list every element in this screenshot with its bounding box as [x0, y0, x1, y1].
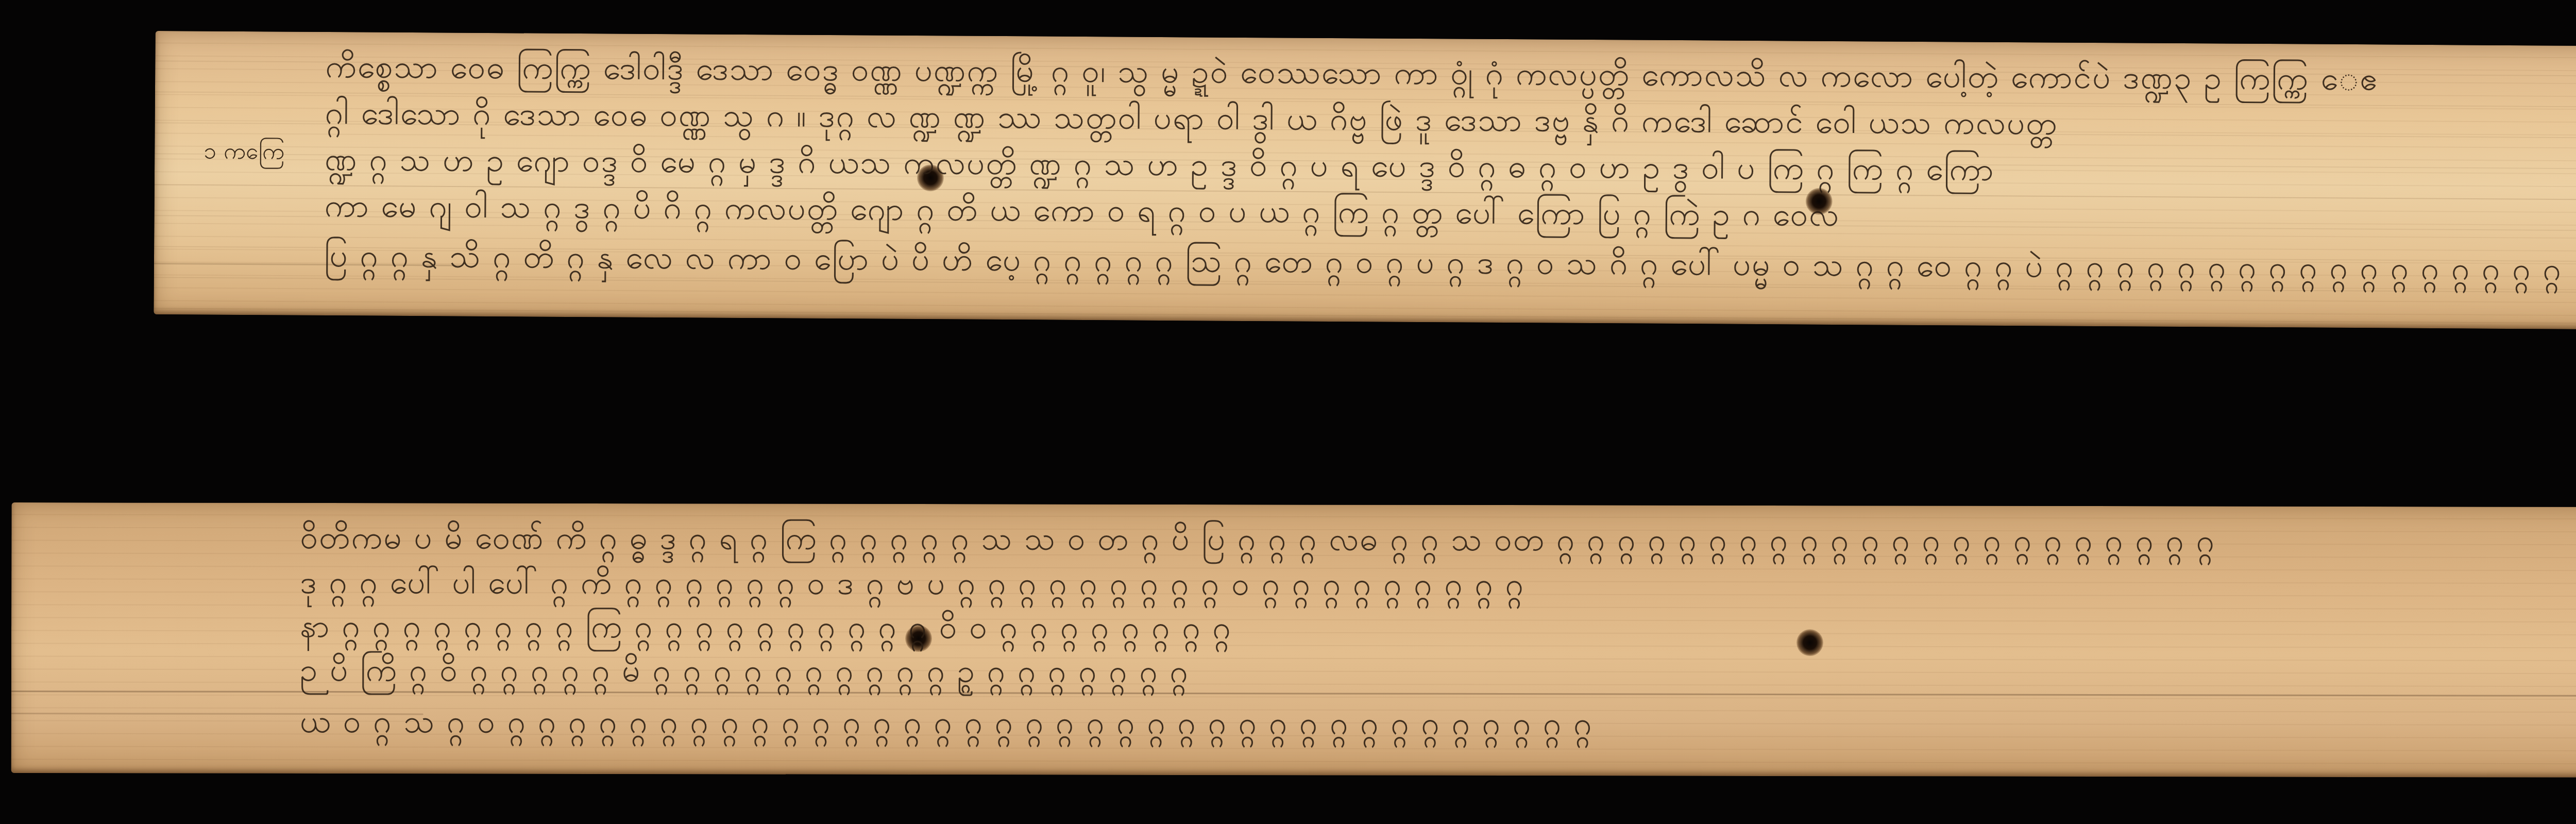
text-line-1: ဝိတိကမ ပ မိ ဝေဏ် ကိ ဂ္ဂ ဓ္ဓ ဒ္ဒ ဂ္ဂ ရ ဂ္… — [300, 517, 2556, 568]
text-line-5: ယ ဝ ဂ္ဂ သ ဂ္ဂ ဝ ဂ္ဂ ဂ္ဂ ဂ္ဂ ဂ္ဂ ဂ္ဂ ဂ္ဂ … — [300, 701, 2556, 752]
text-line-5: ပြ ဂ္ဂ ဂ္ဂ နှ သိ ဂ္ဂ တိ ဂ္ဂ နှ လေ လ ကာ ဝ… — [324, 236, 2565, 296]
palm-leaf-bottom: ဝိတိကမ ပ မိ ဝေဏ် ကိ ဂ္ဂ ဓ္ဓ ဒ္ဒ ဂ္ဂ ရ ဂ္… — [11, 502, 2576, 778]
text-line-3: နာ ဂ္ဂ ဂ္ဂ ဂ္ဂ ဂ္ဂ ဂ္ဂ ဂ္ဂ ဂ္ဂ ဂ္ဂ ကြ ဂ္… — [300, 606, 2556, 657]
text-line-4: ဉ ပိ ကြိ ဂ္ဂ ဝိ ဂ္ဂ ဂ္ဂ ဂ္ဂ ဂ္ဂ ဂ္ဂ မိ ဂ… — [300, 650, 2556, 701]
palm-leaf-top: ၁ ကကြေ ကိစ္စေသာ ဝေဓ ကြက္ကြ ဒေါဝါဒ္ဒီ ဒေသ… — [154, 31, 2576, 330]
text-line-2: ဒု ဂ္ဂ ဂ္ဂ ပေါ် ပါ ပေါ် ဂ္ဂ ကိ ဂ္ဂ ဂ္ဂ ဂ… — [300, 562, 2556, 613]
folio-number-label: ၁ ကကြေ — [204, 137, 284, 171]
